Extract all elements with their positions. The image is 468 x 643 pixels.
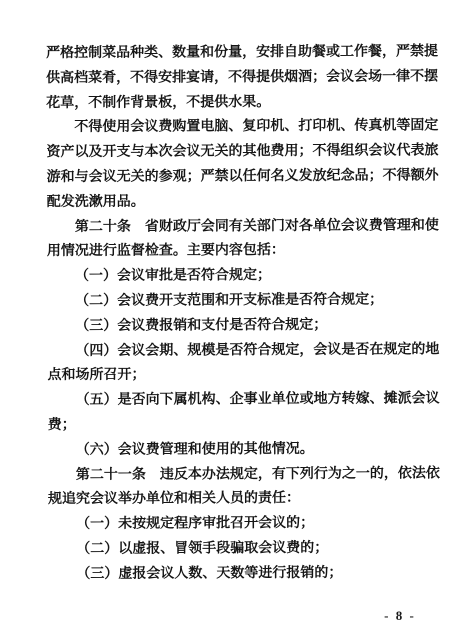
text-line: 费； [48, 412, 442, 439]
text-line: （二）以虚报、冒领手段骗取会议费的； [48, 536, 442, 563]
text-line: （三）虚报会议人数、天数等进行报销的； [48, 561, 442, 588]
text-line: 不得使用会议费购置电脑、复印机、打印机、传真机等固定 [46, 115, 440, 142]
text-line: 点和场所召开； [47, 363, 441, 390]
text-line: （二）会议费开支范围和开支标准是否符合规定； [47, 288, 441, 315]
text-line: 用情况进行监督检查。主要内容包括： [47, 239, 441, 266]
text-line: （六）会议费管理和使用的其他情况。 [48, 437, 442, 464]
text-line: 游和与会议无关的参观；严禁以任何名义发放纪念品；不得额外 [47, 164, 441, 191]
text-line: （三）会议费报销和支付是否符合规定； [47, 313, 441, 340]
text-line: 供高档菜肴，不得安排宴请，不得提供烟酒；会议会场一律不摆 [46, 65, 440, 92]
text-line: 规追究会议举办单位和相关人员的责任： [48, 487, 442, 514]
text-line: （五）是否向下属机构、企事业单位或地方转嫁、摊派会议 [48, 387, 442, 414]
text-line: 第二十一条 违反本办法规定，有下列行为之一的，依法依 [48, 462, 442, 489]
text-line: 配发洗漱用品。 [47, 189, 441, 216]
text-line: 第二十条 省财政厅会同有关部门对各单位会议费管理和使 [47, 214, 441, 241]
text-line: （一）会议审批是否符合规定； [47, 263, 441, 290]
text-line: 花草，不制作背景板，不提供水果。 [46, 90, 440, 117]
text-line: 严格控制菜品种类、数量和份量，安排自助餐或工作餐，严禁提 [46, 40, 440, 67]
body-text: 严格控制菜品种类、数量和份量，安排自助餐或工作餐，严禁提供高档菜肴，不得安排宴请… [46, 40, 442, 587]
text-line: （一）未按规定程序审批召开会议的； [48, 511, 442, 538]
text-line: 资产以及开支与本次会议无关的其他费用；不得组织会议代表旅 [46, 139, 440, 166]
page-number: - 8 - [378, 608, 422, 624]
text-line: （四）会议会期、规模是否符合规定，会议是否在规定的地 [47, 338, 441, 365]
document-page: 严格控制菜品种类、数量和份量，安排自助餐或工作餐，严禁提供高档菜肴，不得安排宴请… [0, 0, 468, 643]
